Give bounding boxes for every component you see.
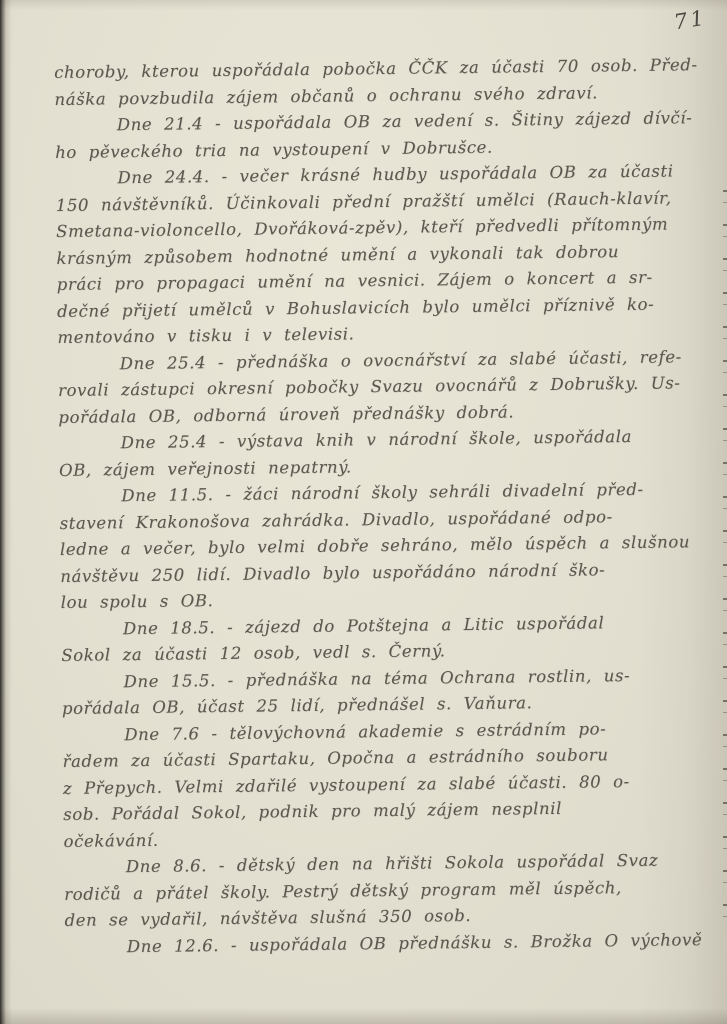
handwritten-text-block: choroby, kterou uspořádala pobočka ČČK z…	[54, 52, 680, 960]
page-number: 71	[673, 6, 709, 35]
chronicle-page: 71 choroby, kterou uspořádala pobočka ČČ…	[0, 0, 727, 1024]
page-gutter-edge	[0, 0, 12, 1024]
page-deckle-edge	[723, 180, 727, 920]
